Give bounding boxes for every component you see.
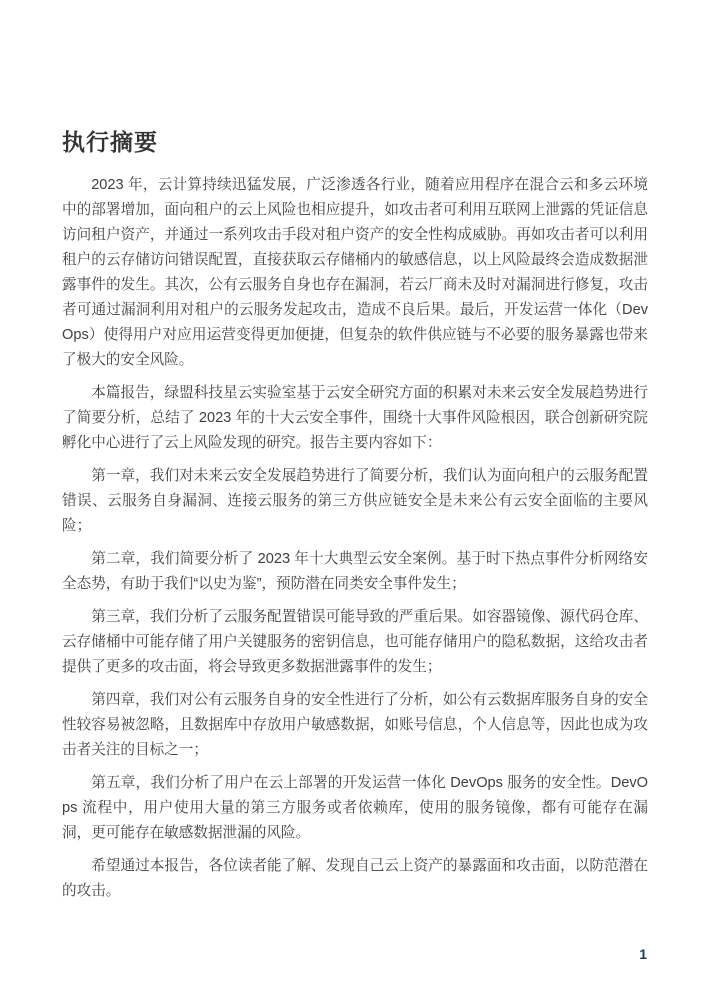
summary-paragraph: 希望通过本报告，各位读者能了解、发现自己云上资产的暴露面和攻击面，以防范潜在的攻… [62,854,648,904]
summary-paragraph: 第二章，我们简要分析了 2023 年十大典型云安全案例。基于时下热点事件分析网络… [62,547,648,597]
summary-paragraph: 第三章，我们分析了云服务配置错误可能导致的严重后果。如容器镜像、源代码仓库、云存… [62,605,648,680]
page-title: 执行摘要 [62,128,648,157]
page-content: 执行摘要 2023 年，云计算持续迅猛发展，广泛渗透各行业，随着应用程序在混合云… [62,128,648,912]
page-number: 1 [639,946,647,962]
summary-paragraph: 第一章，我们对未来云安全发展趋势进行了简要分析，我们认为面向租户的云服务配置错误… [62,464,648,539]
summary-paragraph: 第五章，我们分析了用户在云上部署的开发运营一体化 DevOps 服务的安全性。D… [62,771,648,846]
summary-paragraph: 2023 年，云计算持续迅猛发展，广泛渗透各行业，随着应用程序在混合云和多云环境… [62,173,648,373]
summary-body: 2023 年，云计算持续迅猛发展，广泛渗透各行业，随着应用程序在混合云和多云环境… [62,173,648,904]
document-page: 执行摘要 2023 年，云计算持续迅猛发展，广泛渗透各行业，随着应用程序在混合云… [0,0,710,998]
summary-paragraph: 本篇报告，绿盟科技星云实验室基于云安全研究方面的积累对未来云安全发展趋势进行了简… [62,381,648,456]
summary-paragraph: 第四章，我们对公有云服务自身的安全性进行了分析，如公有云数据库服务自身的安全性较… [62,688,648,763]
